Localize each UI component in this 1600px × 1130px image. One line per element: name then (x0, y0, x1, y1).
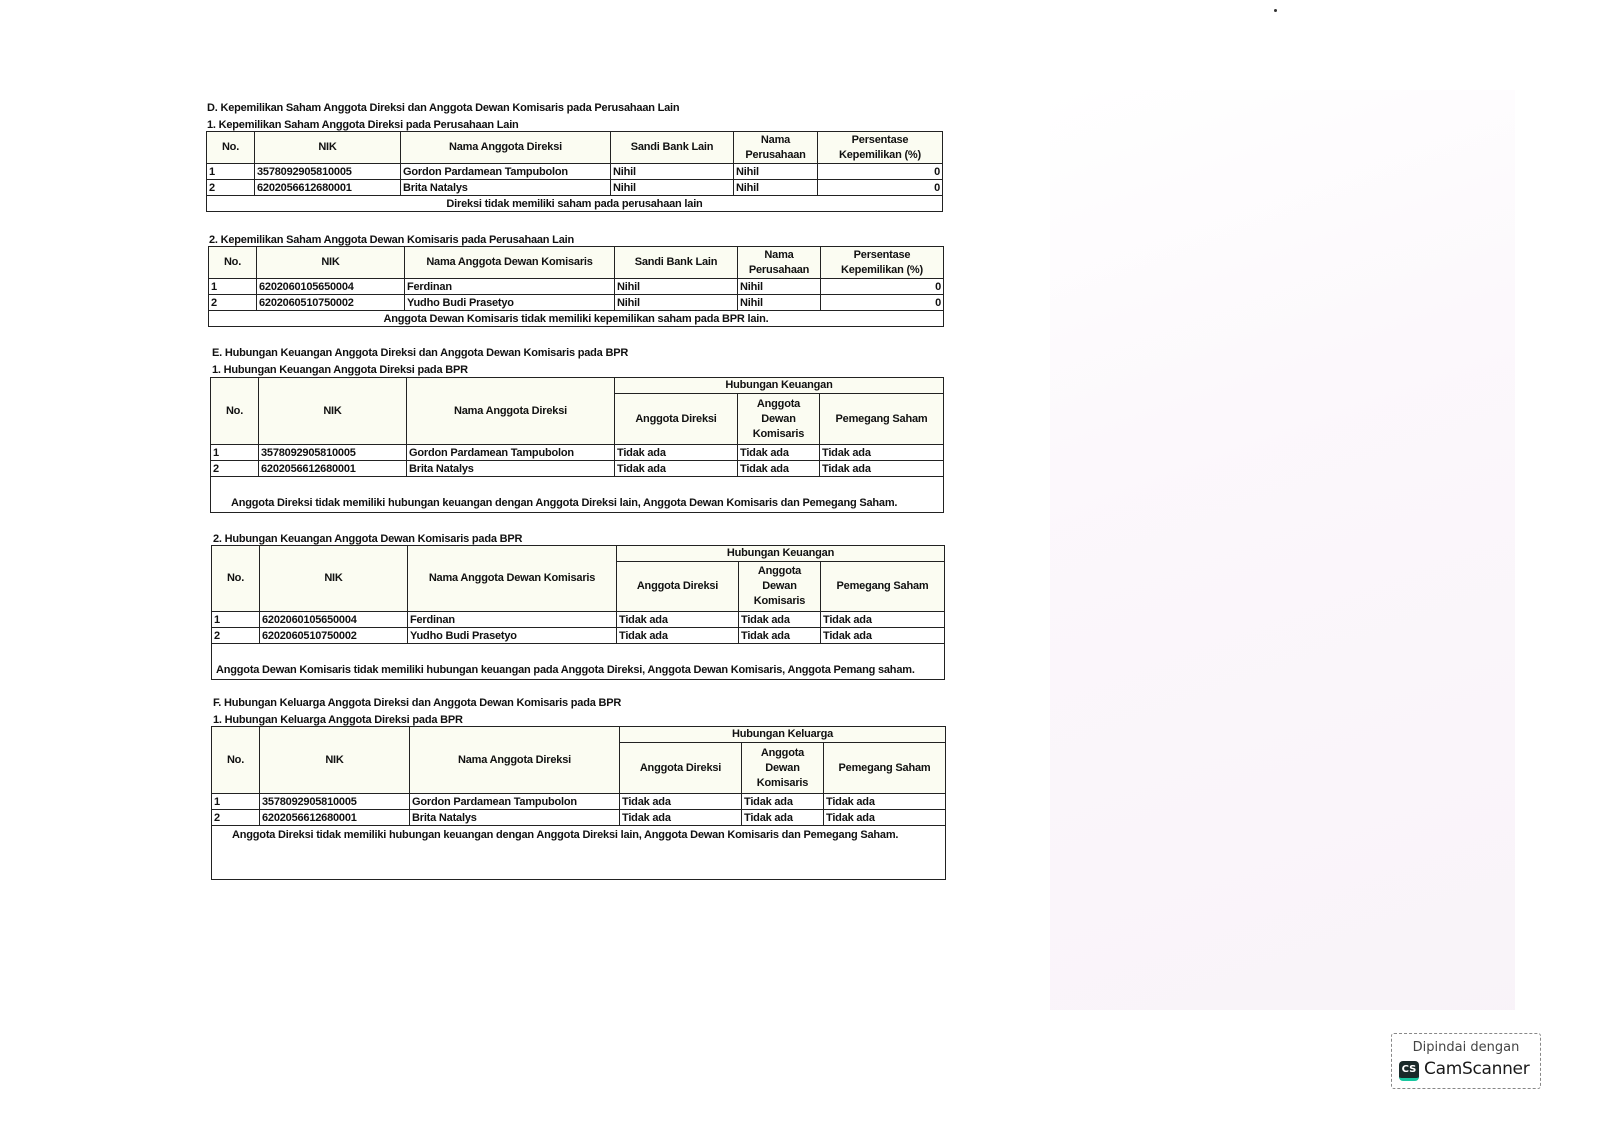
cell-direksi: Tidak ada (617, 612, 739, 628)
col-pemegang-saham: Pemegang Saham (824, 743, 946, 794)
cell-persen: 0 (818, 180, 943, 196)
cell-direksi: Tidak ada (615, 445, 738, 461)
col-group-hubungan: Hubungan Keluarga (620, 727, 946, 743)
table-note: Anggota Direksi tidak memiliki hubungan … (211, 477, 944, 513)
table-row: 2 6202060510750002 Yudho Budi Prasetyo N… (209, 295, 944, 311)
cell-persen: 0 (821, 295, 944, 311)
col-no: No. (209, 247, 257, 279)
cell-nik: 6202060510750002 (260, 628, 408, 644)
cell-no: 1 (212, 612, 260, 628)
table-header-row: No. NIK Nama Anggota Dewan Komisaris Hub… (212, 546, 945, 562)
cell-pemegang: Tidak ada (821, 612, 945, 628)
cell-direksi: Tidak ada (620, 794, 742, 810)
cell-komisaris: Tidak ada (739, 612, 821, 628)
cell-nama: Brita Natalys (407, 461, 615, 477)
cell-nik: 6202060105650004 (260, 612, 408, 628)
cell-nama: Ferdinan (405, 279, 615, 295)
table-row: 1 3578092905810005 Gordon Pardamean Tamp… (212, 794, 946, 810)
col-no: No. (212, 727, 260, 794)
table-f1: No. NIK Nama Anggota Direksi Hubungan Ke… (211, 726, 946, 880)
col-nama: Nama Anggota Direksi (410, 727, 620, 794)
cell-pemegang: Tidak ada (824, 810, 946, 826)
cell-komisaris: Tidak ada (738, 461, 820, 477)
camscanner-logo-icon: CS (1399, 1061, 1419, 1081)
col-sandi: Sandi Bank Lain (611, 132, 734, 164)
section-d-title: D. Kepemilikan Saham Anggota Direksi dan… (207, 102, 679, 114)
cell-nik: 3578092905810005 (260, 794, 410, 810)
section-e2-title: 2. Hubungan Keuangan Anggota Dewan Komis… (213, 533, 522, 545)
cell-pemegang: Tidak ada (820, 445, 944, 461)
col-persen: Persentase Kepemilikan (%) (818, 132, 943, 164)
table-note: Direksi tidak memiliki saham pada perusa… (207, 196, 943, 212)
table-d1: No. NIK Nama Anggota Direksi Sandi Bank … (206, 131, 943, 212)
section-d2-title: 2. Kepemilikan Saham Anggota Dewan Komis… (209, 234, 574, 246)
cell-no: 2 (212, 810, 260, 826)
cell-nik: 6202060510750002 (257, 295, 405, 311)
cell-no: 1 (209, 279, 257, 295)
col-nama: Nama Anggota Direksi (407, 378, 615, 445)
table-row: 1 3578092905810005 Gordon Pardamean Tamp… (211, 445, 944, 461)
cell-nik: 6202056612680001 (255, 180, 401, 196)
col-persen: Persentase Kepemilikan (%) (821, 247, 944, 279)
table-note-row: Anggota Dewan Komisaris tidak memiliki k… (209, 311, 944, 327)
table-note: Anggota Dewan Komisaris tidak memiliki k… (209, 311, 944, 327)
watermark-brand: CamScanner (1424, 1059, 1529, 1079)
col-no: No. (207, 132, 255, 164)
cell-nik: 3578092905810005 (255, 164, 401, 180)
table-note: Anggota Dewan Komisaris tidak memiliki h… (212, 644, 945, 680)
col-anggota-komisaris: Anggota Dewan Komisaris (742, 743, 824, 794)
table-note-row: Anggota Dewan Komisaris tidak memiliki h… (212, 644, 945, 680)
cell-sandi: Nihil (615, 279, 738, 295)
watermark-caption: Dipindai dengan (1392, 1040, 1540, 1055)
cell-nama: Yudho Budi Prasetyo (408, 628, 617, 644)
cell-persen: 0 (821, 279, 944, 295)
col-anggota-direksi: Anggota Direksi (620, 743, 742, 794)
col-group-hubungan: Hubungan Keuangan (615, 378, 944, 394)
cell-direksi: Tidak ada (617, 628, 739, 644)
cell-nik: 3578092905810005 (259, 445, 407, 461)
section-f-title: F. Hubungan Keluarga Anggota Direksi dan… (213, 697, 621, 709)
col-perusahaan: Nama Perusahaan (734, 132, 818, 164)
col-pemegang-saham: Pemegang Saham (821, 562, 945, 612)
cell-no: 1 (211, 445, 259, 461)
table-d2: No. NIK Nama Anggota Dewan Komisaris San… (208, 246, 944, 327)
cell-nik: 6202056612680001 (259, 461, 407, 477)
cell-komisaris: Tidak ada (742, 794, 824, 810)
col-no: No. (211, 378, 259, 445)
cell-direksi: Tidak ada (620, 810, 742, 826)
cell-no: 2 (212, 628, 260, 644)
table-header-row: No. NIK Nama Anggota Dewan Komisaris San… (209, 247, 944, 279)
cell-no: 2 (211, 461, 259, 477)
table-row: 2 6202060510750002 Yudho Budi Prasetyo T… (212, 628, 945, 644)
cell-nama: Gordon Pardamean Tampubolon (407, 445, 615, 461)
col-anggota-komisaris: Anggota Dewan Komisaris (739, 562, 821, 612)
col-perusahaan: Nama Perusahaan (738, 247, 821, 279)
table-note-row: Anggota Direksi tidak memiliki hubungan … (211, 477, 944, 513)
col-nik: NIK (255, 132, 401, 164)
cell-nama: Ferdinan (408, 612, 617, 628)
table-header-row: No. NIK Nama Anggota Direksi Hubungan Ke… (212, 727, 946, 743)
cell-perusahaan: Nihil (734, 180, 818, 196)
col-no: No. (212, 546, 260, 612)
col-nama: Nama Anggota Dewan Komisaris (405, 247, 615, 279)
section-e-title: E. Hubungan Keuangan Anggota Direksi dan… (212, 347, 628, 359)
table-note: Anggota Direksi tidak memiliki hubungan … (212, 826, 946, 880)
section-d1-title: 1. Kepemilikan Saham Anggota Direksi pad… (207, 119, 519, 131)
col-nik: NIK (260, 546, 408, 612)
col-sandi: Sandi Bank Lain (615, 247, 738, 279)
col-group-hubungan: Hubungan Keuangan (617, 546, 945, 562)
table-note-row: Anggota Direksi tidak memiliki hubungan … (212, 826, 946, 880)
table-header-row: No. NIK Nama Anggota Direksi Hubungan Ke… (211, 378, 944, 394)
cell-komisaris: Tidak ada (742, 810, 824, 826)
table-note-row: Direksi tidak memiliki saham pada perusa… (207, 196, 943, 212)
table-e2: No. NIK Nama Anggota Dewan Komisaris Hub… (211, 545, 945, 680)
cell-nama: Gordon Pardamean Tampubolon (410, 794, 620, 810)
col-nik: NIK (259, 378, 407, 445)
cell-nama: Yudho Budi Prasetyo (405, 295, 615, 311)
scan-speck (1274, 9, 1277, 12)
table-e1: No. NIK Nama Anggota Direksi Hubungan Ke… (210, 377, 944, 513)
table-row: 1 6202060105650004 Ferdinan Tidak ada Ti… (212, 612, 945, 628)
table-row: 2 6202056612680001 Brita Natalys Tidak a… (211, 461, 944, 477)
section-f1-title: 1. Hubungan Keluarga Anggota Direksi pad… (213, 714, 463, 726)
table-row: 1 3578092905810005 Gordon Pardamean Tamp… (207, 164, 943, 180)
cell-komisaris: Tidak ada (738, 445, 820, 461)
table-row: 1 6202060105650004 Ferdinan Nihil Nihil … (209, 279, 944, 295)
cell-sandi: Nihil (615, 295, 738, 311)
table-row: 2 6202056612680001 Brita Natalys Nihil N… (207, 180, 943, 196)
col-nama: Nama Anggota Direksi (401, 132, 611, 164)
table-row: 2 6202056612680001 Brita Natalys Tidak a… (212, 810, 946, 826)
scan-shadow (1050, 90, 1515, 1010)
cell-nama: Brita Natalys (410, 810, 620, 826)
cell-no: 2 (209, 295, 257, 311)
cell-nama: Gordon Pardamean Tampubolon (401, 164, 611, 180)
cell-perusahaan: Nihil (734, 164, 818, 180)
cell-no: 1 (207, 164, 255, 180)
col-anggota-direksi: Anggota Direksi (615, 394, 738, 445)
col-anggota-direksi: Anggota Direksi (617, 562, 739, 612)
cell-no: 2 (207, 180, 255, 196)
cell-pemegang: Tidak ada (824, 794, 946, 810)
table-header-row: No. NIK Nama Anggota Direksi Sandi Bank … (207, 132, 943, 164)
cell-sandi: Nihil (611, 180, 734, 196)
col-nik: NIK (260, 727, 410, 794)
col-nama: Nama Anggota Dewan Komisaris (408, 546, 617, 612)
cell-nik: 6202060105650004 (257, 279, 405, 295)
cell-pemegang: Tidak ada (820, 461, 944, 477)
cell-nama: Brita Natalys (401, 180, 611, 196)
camscanner-watermark: Dipindai dengan CS CamScanner (1391, 1033, 1541, 1089)
cell-nik: 6202056612680001 (260, 810, 410, 826)
cell-sandi: Nihil (611, 164, 734, 180)
cell-no: 1 (212, 794, 260, 810)
cell-komisaris: Tidak ada (739, 628, 821, 644)
col-anggota-komisaris: Anggota Dewan Komisaris (738, 394, 820, 445)
cell-pemegang: Tidak ada (821, 628, 945, 644)
col-nik: NIK (257, 247, 405, 279)
cell-perusahaan: Nihil (738, 295, 821, 311)
cell-direksi: Tidak ada (615, 461, 738, 477)
cell-perusahaan: Nihil (738, 279, 821, 295)
cell-persen: 0 (818, 164, 943, 180)
col-pemegang-saham: Pemegang Saham (820, 394, 944, 445)
section-e1-title: 1. Hubungan Keuangan Anggota Direksi pad… (212, 364, 468, 376)
